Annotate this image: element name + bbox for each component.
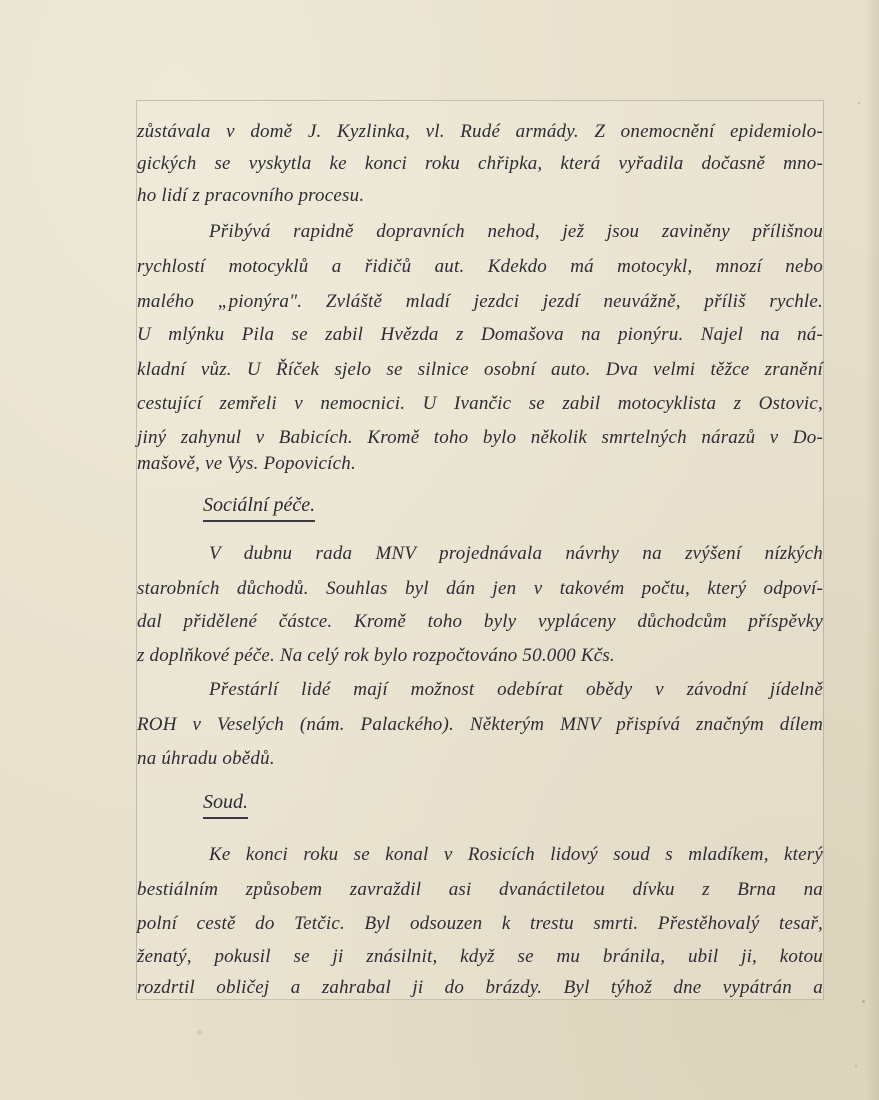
text-line: polní cestě do Tetčic. Byl odsouzen k tr…: [137, 913, 823, 935]
text-line: rozdrtil obličej a zahrabal ji do brázdy…: [137, 977, 823, 999]
text-line: starobních důchodů. Souhlas byl dán jen …: [137, 578, 823, 600]
ruled-writing-area: zůstávala v domě J. Kyzlinka, vl. Rudé a…: [136, 100, 824, 1000]
text-line: dal přidělené částce. Kromě toho byly vy…: [137, 611, 823, 633]
text-line: ROH v Veselých (nám. Palackého). Některý…: [137, 714, 823, 736]
text-line: U mlýnku Pila se zabil Hvězda z Domašova…: [137, 324, 823, 346]
text-line: bestiálním způsobem zavraždil asi dvanác…: [137, 879, 823, 901]
text-line: ho lidí z pracovního procesu.: [137, 185, 823, 207]
text-line: ženatý, pokusil se ji znásilnit, když se…: [137, 946, 823, 968]
paper-blemish: [855, 1065, 857, 1067]
text-line: Přestárlí lidé mají možnost odebírat obě…: [137, 679, 823, 701]
text-line: zůstávala v domě J. Kyzlinka, vl. Rudé a…: [137, 121, 823, 143]
paper-blemish: [197, 1030, 202, 1035]
text-line: rychlostí motocyklů a řidičů aut. Kdekdo…: [137, 256, 823, 278]
text-line: z doplňkové péče. Na celý rok bylo rozpo…: [137, 645, 823, 667]
text-line: na úhradu obědů.: [137, 748, 823, 770]
paper-blemish: [862, 1000, 865, 1003]
text-line: kladní vůz. U Říček sjelo se silnice oso…: [137, 359, 823, 381]
text-line: jiný zahynul v Babicích. Kromě toho bylo…: [137, 427, 823, 449]
page-edge-shadow: [865, 0, 879, 1100]
text-line: malého „pionýra". Zvláště mladí jezdci j…: [137, 291, 823, 313]
text-line: mašově, ve Vys. Popovicích.: [137, 453, 823, 475]
section-heading-court: Soud.: [203, 791, 248, 819]
text-line: cestující zemřeli v nemocnici. U Ivančic…: [137, 393, 823, 415]
section-heading-social-care: Sociální péče.: [203, 494, 315, 522]
paper-blemish: [858, 102, 860, 104]
text-line: Přibývá rapidně dopravních nehod, jež js…: [137, 221, 823, 243]
text-line: V dubnu rada MNV projednávala návrhy na …: [137, 543, 823, 565]
text-line: Ke konci roku se konal v Rosicích lidový…: [137, 844, 823, 866]
text-line: gických se vyskytla ke konci roku chřipk…: [137, 153, 823, 175]
